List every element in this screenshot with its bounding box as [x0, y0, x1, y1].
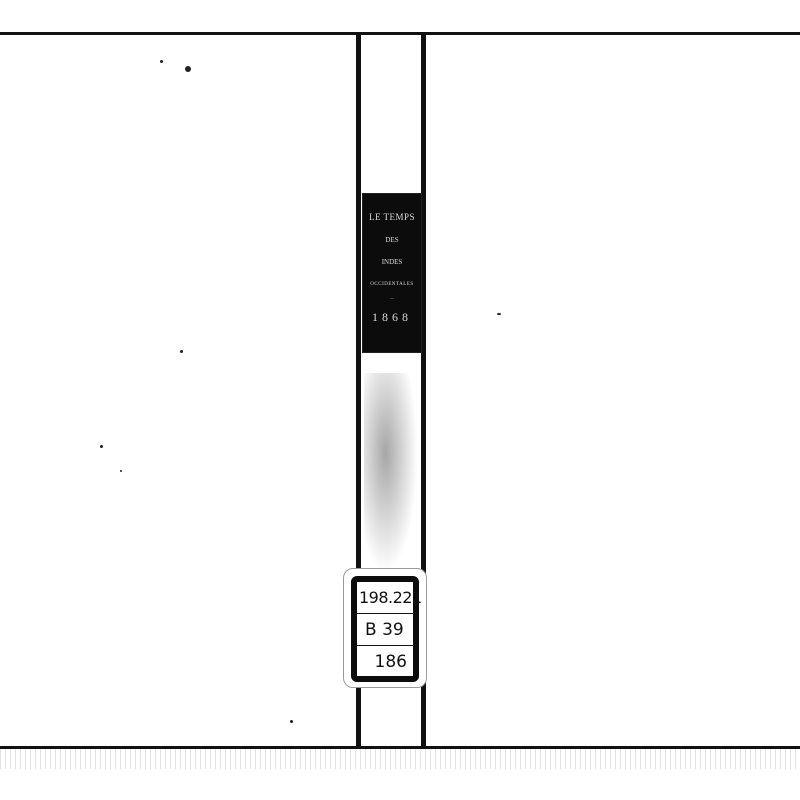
scanned-book-spread: LE TEMPS DES INDES OCCIDENTALES — 1868 1…	[0, 0, 800, 800]
spine-stain	[364, 373, 418, 573]
spine-title-label: LE TEMPS DES INDES OCCIDENTALES — 1868	[362, 193, 422, 353]
spine-title-line: DES	[363, 236, 421, 244]
call-number-class: 198.221	[357, 582, 413, 614]
spine-year: 1868	[363, 310, 421, 325]
call-number-item: 186	[357, 646, 413, 677]
speck	[100, 445, 103, 448]
speck	[160, 60, 163, 63]
spine-title-line: INDES	[363, 258, 421, 266]
speck	[120, 470, 122, 472]
speck	[290, 720, 293, 723]
bottom-noise	[0, 749, 800, 769]
speck	[497, 313, 501, 315]
call-number-frame: 198.221 B 39 186	[351, 576, 419, 682]
spine-title-line: OCCIDENTALES	[363, 282, 421, 287]
spine-ornament: —	[363, 295, 421, 300]
call-number-cutter: B 39	[357, 614, 413, 646]
speck	[180, 350, 183, 353]
speck	[185, 66, 191, 72]
spine-title-line: LE TEMPS	[363, 212, 421, 222]
call-number-label: 198.221 B 39 186	[343, 568, 427, 688]
